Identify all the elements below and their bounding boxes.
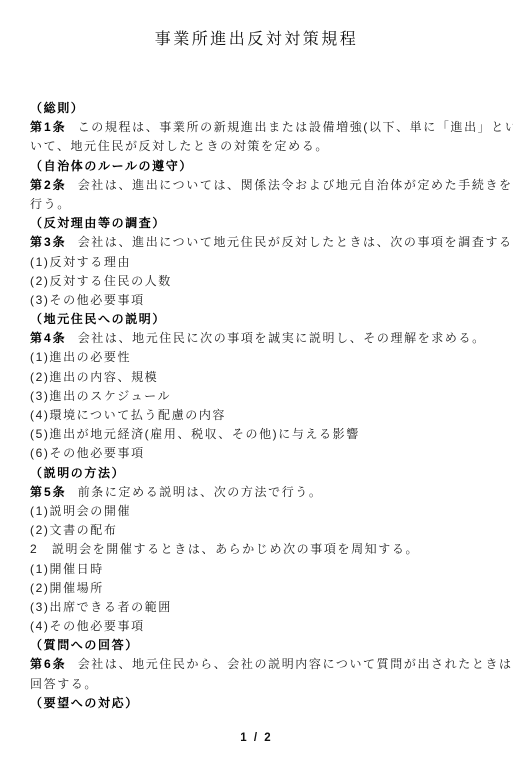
article-number: 第4条 (30, 331, 67, 345)
article-number: 第1条 (30, 120, 67, 134)
article-line: 第1条この規程は、事業所の新規進出または設備増強(以下、単に「進出」という)につ (30, 118, 489, 137)
document-line: (4)その他必要事項 (30, 617, 489, 636)
line-text: (6)その他必要事項 (30, 446, 145, 460)
section-heading: （要望への対応） (30, 694, 489, 713)
line-text: 行う。 (30, 197, 71, 211)
document-line: (3)その他必要事項 (30, 291, 489, 310)
document-line: (1)開催日時 (30, 560, 489, 579)
line-text: （地元住民への説明） (30, 312, 166, 326)
section-heading: （地元住民への説明） (30, 310, 489, 329)
section-heading: （質問への回答） (30, 636, 489, 655)
article-line: 第6条会社は、地元住民から、会社の説明内容について質問が出されたときは、誠実に (30, 655, 489, 674)
article-number: 第3条 (30, 235, 67, 249)
section-heading: （自治体のルールの遵守） (30, 157, 489, 176)
line-text: (4)環境について払う配慮の内容 (30, 408, 226, 422)
section-heading: （反対理由等の調査） (30, 214, 489, 233)
document-line: 行う。 (30, 195, 489, 214)
line-text: 会社は、地元住民に次の事項を誠実に説明し、その理解を求める。 (78, 331, 486, 345)
article-line: 第3条会社は、進出について地元住民が反対したときは、次の事項を調査する。 (30, 233, 489, 252)
article-number: 第6条 (30, 657, 67, 671)
document-line: (6)その他必要事項 (30, 444, 489, 463)
line-text: (1)反対する理由 (30, 255, 131, 269)
line-text: (1)説明会の開催 (30, 504, 131, 518)
line-text: （自治体のルールの遵守） (30, 159, 193, 173)
page-number: 1 / 2 (0, 732, 513, 744)
line-text: いて、地元住民が反対したときの対策を定める。 (30, 139, 329, 153)
line-text: (1)進出の必要性 (30, 350, 131, 364)
document-line: 回答する。 (30, 675, 489, 694)
section-heading: （説明の方法） (30, 464, 489, 483)
line-text: (3)その他必要事項 (30, 293, 145, 307)
document-line: (2)文書の配布 (30, 521, 489, 540)
line-text: 会社は、地元住民から、会社の説明内容について質問が出されたときは、誠実に (78, 657, 513, 671)
section-heading: （総則） (30, 99, 489, 118)
article-number: 第5条 (30, 485, 67, 499)
line-text: 会社は、進出について地元住民が反対したときは、次の事項を調査する。 (78, 235, 513, 249)
line-text: （説明の方法） (30, 466, 125, 480)
document-line: (4)環境について払う配慮の内容 (30, 406, 489, 425)
line-text: 回答する。 (30, 677, 98, 691)
line-text: （反対理由等の調査） (30, 216, 166, 230)
line-text: 会社は、進出については、関係法令および地元自治体が定めた手続きを遵守して (78, 178, 513, 192)
document-line: (3)進出のスケジュール (30, 387, 489, 406)
line-text: この規程は、事業所の新規進出または設備増強(以下、単に「進出」という)につ (78, 120, 513, 134)
document-line: (1)進出の必要性 (30, 348, 489, 367)
article-number: 第2条 (30, 178, 67, 192)
line-text: (4)その他必要事項 (30, 619, 145, 633)
line-text: (1)開催日時 (30, 562, 104, 576)
line-text: (5)進出が地元経済(雇用、税収、その他)に与える影響 (30, 427, 360, 441)
line-text: （総則） (30, 101, 84, 115)
document-body: （総則）第1条この規程は、事業所の新規進出または設備増強(以下、単に「進出」とい… (30, 99, 489, 713)
article-line: 第2条会社は、進出については、関係法令および地元自治体が定めた手続きを遵守して (30, 176, 489, 195)
document-line: 2 説明会を開催するときは、あらかじめ次の事項を周知する。 (30, 540, 489, 559)
document-line: (5)進出が地元経済(雇用、税収、その他)に与える影響 (30, 425, 489, 444)
document-line: いて、地元住民が反対したときの対策を定める。 (30, 137, 489, 156)
line-text: （質問への回答） (30, 638, 139, 652)
line-text: 前条に定める説明は、次の方法で行う。 (78, 485, 323, 499)
line-text: (3)進出のスケジュール (30, 389, 171, 403)
line-text: (2)反対する住民の人数 (30, 274, 172, 288)
article-line: 第4条会社は、地元住民に次の事項を誠実に説明し、その理解を求める。 (30, 329, 489, 348)
document-page: 事業所進出反対対策規程 （総則）第1条この規程は、事業所の新規進出または設備増強… (0, 0, 513, 771)
document-line: (2)反対する住民の人数 (30, 272, 489, 291)
line-text: (2)開催場所 (30, 581, 104, 595)
line-text: (2)進出の内容、規模 (30, 370, 158, 384)
document-line: (2)進出の内容、規模 (30, 368, 489, 387)
article-line: 第5条前条に定める説明は、次の方法で行う。 (30, 483, 489, 502)
document-line: (3)出席できる者の範囲 (30, 598, 489, 617)
document-line: (1)説明会の開催 (30, 502, 489, 521)
document-line: (1)反対する理由 (30, 253, 489, 272)
line-text: （要望への対応） (30, 696, 139, 710)
document-title: 事業所進出反対対策規程 (0, 26, 513, 49)
document-line: (2)開催場所 (30, 579, 489, 598)
line-text: 2 説明会を開催するときは、あらかじめ次の事項を周知する。 (30, 542, 419, 556)
line-text: (3)出席できる者の範囲 (30, 600, 172, 614)
line-text: (2)文書の配布 (30, 523, 117, 537)
